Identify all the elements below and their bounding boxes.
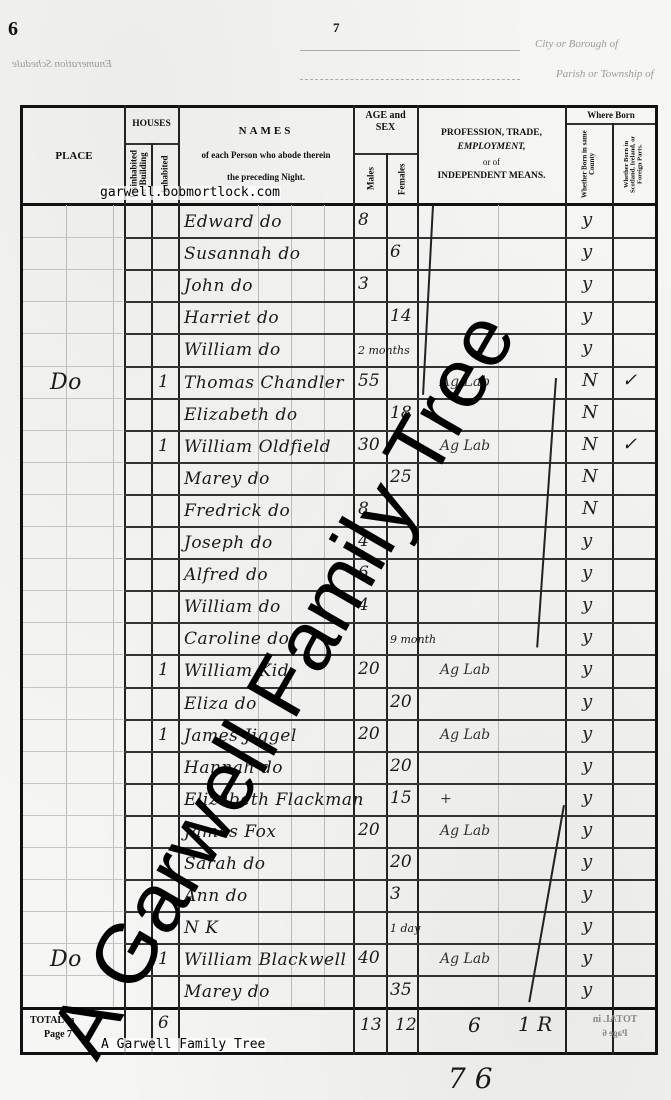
born-elsewhere-cell: ✓ [622, 434, 637, 455]
row-rule [124, 719, 655, 721]
place-row-rule [23, 751, 123, 752]
males-age-cell: 20 [358, 724, 380, 744]
row-rule [124, 975, 655, 977]
header-names-sub2: the preceding Night. [180, 172, 352, 182]
born-elsewhere-cell: ✓ [622, 370, 637, 391]
born-same-county-cell: N [582, 402, 598, 423]
parish-township-label: Parish or Township of [556, 68, 654, 80]
profession-cell: + [440, 791, 452, 807]
place-row-rule [23, 783, 123, 784]
males-age-cell: 2 months [358, 344, 410, 357]
females-age-cell: 35 [390, 980, 412, 1000]
row-rule [124, 654, 655, 656]
born-same-county-cell: y [582, 626, 592, 647]
row-rule [124, 687, 655, 689]
page-number: 6 [8, 18, 18, 41]
whereborn-subrule [565, 123, 655, 125]
name-cell: Marey do [184, 469, 270, 489]
below-table-marks: 7 6 [448, 1062, 493, 1095]
born-same-county-cell: y [582, 755, 592, 776]
parish-township-line [300, 79, 520, 80]
name-cell: Elizabeth do [184, 405, 298, 425]
males-age-cell: 20 [358, 820, 380, 840]
profession-cell: Ag Lab [440, 662, 490, 678]
born-same-county-cell: y [582, 658, 592, 679]
males-age-cell: 20 [358, 659, 380, 679]
header-profession-4: INDEPENDENT MEANS. [419, 171, 564, 181]
females-age-cell: 9 month [390, 633, 436, 646]
house-inhabited-cell: 1 [158, 436, 169, 456]
place-row-rule [23, 558, 123, 559]
header-profession-1: PROFESSION, TRADE, [419, 128, 564, 138]
header-profession-2: EMPLOYMENT, [419, 142, 564, 152]
row-rule [124, 237, 655, 239]
header-houses: HOUSES [125, 119, 178, 129]
header-born-same-county: Whether Born in same County [568, 127, 610, 201]
born-same-county-cell: y [582, 691, 592, 712]
born-same-county-cell: N [582, 370, 598, 391]
header-males: Males [358, 158, 384, 200]
totals-mark-1: 6 [468, 1013, 481, 1037]
header-profession-3: or of [419, 157, 564, 167]
name-cell: Fredrick do [184, 501, 290, 521]
place-row-rule [23, 654, 123, 655]
profession-cell: Ag Lab [440, 951, 490, 967]
males-age-cell: 8 [358, 210, 369, 230]
born-same-county-cell: y [582, 530, 592, 551]
totals-females: 12 [395, 1015, 417, 1035]
born-same-county-cell: N [582, 498, 598, 519]
name-cell: Alfred do [184, 565, 268, 585]
place-row-rule [23, 237, 123, 238]
males-age-cell: 3 [358, 274, 369, 294]
col-line-females [417, 105, 419, 1055]
born-same-county-cell: y [582, 787, 592, 808]
place-row-rule [23, 269, 123, 270]
row-rule [124, 269, 655, 271]
born-same-county-cell: y [582, 337, 592, 358]
row-rule [124, 366, 655, 368]
born-same-county-cell: N [582, 434, 598, 455]
place-row-rule [23, 526, 123, 527]
place-cell: Do [50, 370, 82, 395]
faint-line [66, 205, 67, 1007]
name-cell: Edward do [184, 212, 282, 232]
place-row-rule [23, 462, 123, 463]
place-row-rule [23, 687, 123, 688]
born-same-county-cell: y [582, 723, 592, 744]
females-age-cell: 20 [390, 692, 412, 712]
born-same-county-cell: y [582, 883, 592, 904]
house-inhabited-cell: 1 [158, 660, 169, 680]
header-age-sex: AGE and SEX [358, 110, 413, 134]
place-row-rule [23, 847, 123, 848]
header-place: PLACE [24, 150, 124, 162]
city-borough-line [300, 50, 520, 51]
born-same-county-cell: y [582, 209, 592, 230]
place-row-rule [23, 366, 123, 367]
col-line-profession [565, 105, 567, 1055]
place-row-rule [23, 815, 123, 816]
name-cell: Joseph do [184, 533, 273, 553]
totals-mirror-label-1: TOTAL in [580, 1014, 650, 1025]
females-age-cell: 20 [390, 756, 412, 776]
females-age-cell: 6 [390, 242, 401, 262]
born-same-county-cell: y [582, 915, 592, 936]
name-cell: Marey do [184, 982, 270, 1002]
born-same-county-cell: y [582, 305, 592, 326]
name-cell: Harriet do [184, 308, 279, 328]
name-cell: William do [184, 340, 281, 360]
born-same-county-cell: y [582, 594, 592, 615]
place-row-rule [23, 494, 123, 495]
place-row-rule [23, 333, 123, 334]
header-names: NAMES [180, 125, 352, 137]
born-same-county-cell: y [582, 273, 592, 294]
name-cell: Susannah do [184, 244, 300, 264]
females-age-cell: 1 day [390, 922, 420, 935]
house-inhabited-cell: 1 [158, 725, 169, 745]
females-age-cell: 15 [390, 788, 412, 808]
totals-mark-2: 1 R [518, 1012, 552, 1036]
agesex-subrule [353, 153, 417, 155]
col-line-born [612, 123, 614, 1055]
row-rule [124, 622, 655, 624]
born-same-county-cell: y [582, 819, 592, 840]
row-rule [124, 943, 655, 945]
row-rule [124, 333, 655, 335]
born-same-county-cell: N [582, 466, 598, 487]
males-age-cell: 55 [358, 371, 380, 391]
watermark-site: garwell.bobmortlock.com [99, 186, 281, 200]
females-age-cell: 14 [390, 306, 412, 326]
row-rule [124, 301, 655, 303]
born-same-county-cell: y [582, 562, 592, 583]
house-inhabited-cell: 1 [158, 372, 169, 392]
city-borough-label: City or Borough of [535, 38, 618, 50]
born-same-county-cell: y [582, 241, 592, 262]
place-row-rule [23, 879, 123, 880]
place-row-rule [23, 301, 123, 302]
place-row-rule [23, 398, 123, 399]
totals-mirror-label-2: Page 6 [580, 1028, 650, 1038]
males-age-cell: 40 [358, 948, 380, 968]
profession-cell: Ag Lab [440, 823, 490, 839]
place-row-rule [23, 622, 123, 623]
census-page: 6 7 Enumeration Schedule City or Borough… [0, 0, 671, 1100]
name-cell: William Oldfield [184, 437, 331, 457]
name-cell: John do [184, 276, 253, 296]
watermark-caption: A Garwell Family Tree [100, 1038, 266, 1052]
born-same-county-cell: y [582, 851, 592, 872]
header-where-born: Where Born [566, 110, 656, 120]
col-line-males [386, 153, 388, 1055]
header-bottom-rule [20, 203, 658, 206]
name-cell: Thomas Chandler [184, 373, 344, 393]
header-names-sub1: of each Person who abode therein [180, 150, 352, 160]
totals-houses: 6 [158, 1013, 169, 1033]
totals-males: 13 [360, 1015, 382, 1035]
enumeration-schedule-label: Enumeration Schedule [12, 58, 112, 70]
place-row-rule [23, 430, 123, 431]
place-row-rule [23, 590, 123, 591]
profession-cell: Ag Lab [440, 727, 490, 743]
header-born-elsewhere: Whether Born in Scotland, Ireland, or Fo… [614, 127, 654, 201]
females-age-cell: 20 [390, 852, 412, 872]
born-same-county-cell: y [582, 947, 592, 968]
place-row-rule [23, 719, 123, 720]
females-age-cell: 3 [390, 884, 401, 904]
folio-number: 7 [333, 20, 340, 36]
header-females: Females [389, 158, 415, 200]
name-cell: William Blackwell [184, 950, 346, 970]
born-same-county-cell: y [582, 979, 592, 1000]
